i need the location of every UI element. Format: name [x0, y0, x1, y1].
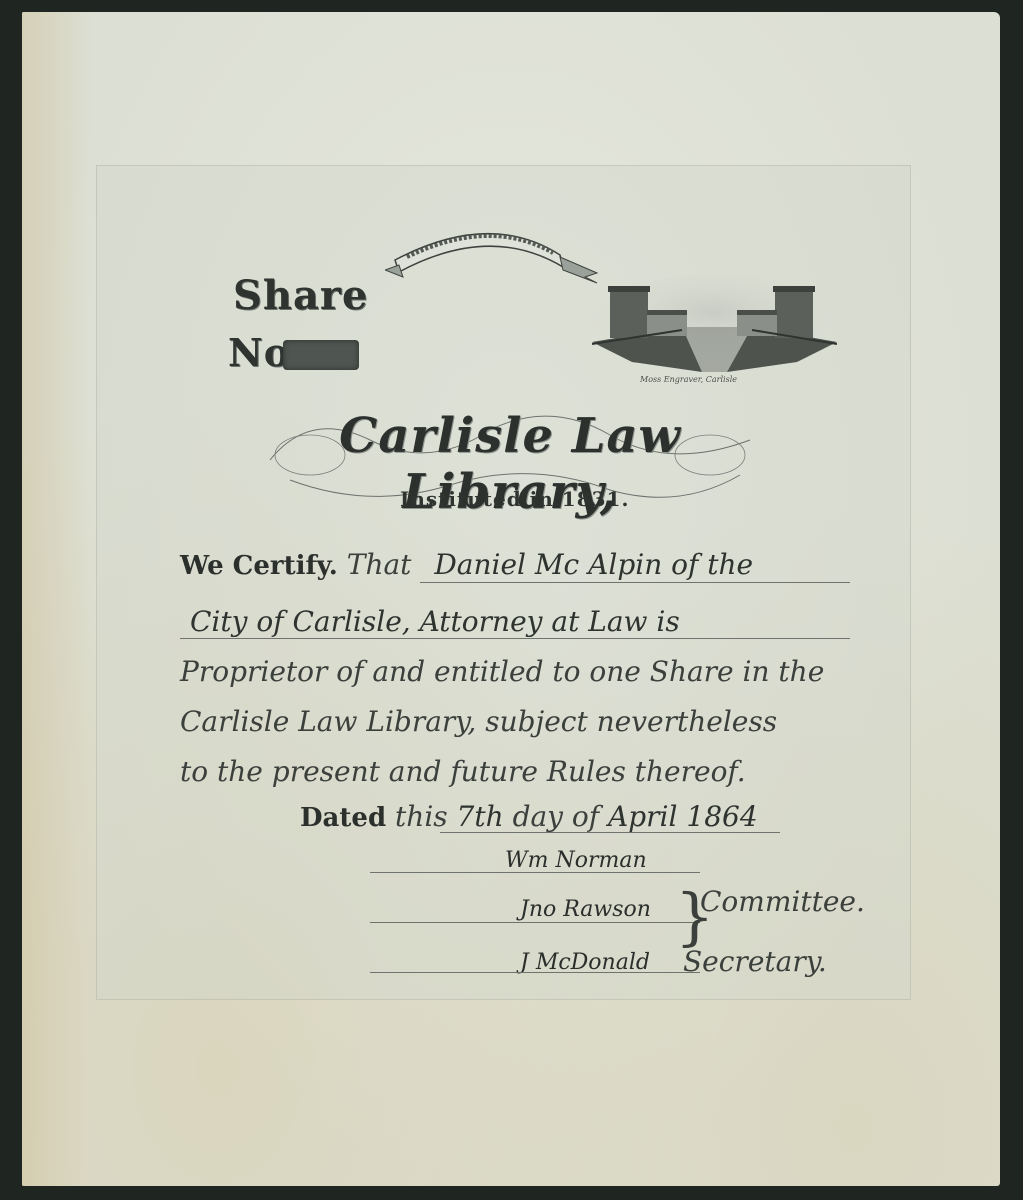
committee-label: Committee. [700, 885, 865, 918]
ribbon-banner-icon [385, 215, 600, 285]
number-label: No [228, 330, 290, 375]
certificate-line-2: City of Carlisle, Attorney at Law is [190, 605, 680, 638]
fill-line [420, 582, 850, 583]
secretary-label: Secretary. [683, 945, 827, 978]
handwritten-name: Daniel Mc Alpin of the [434, 548, 753, 581]
certificate-line-4: Carlisle Law Library, subject neverthele… [180, 705, 777, 738]
certificate-line-5: to the present and future Rules thereof. [180, 755, 746, 788]
number-label-text: No [228, 330, 290, 375]
engraving-illustration [592, 272, 837, 372]
signature-2: Jno Rawson [520, 897, 651, 922]
dated-line: Dated this 7th day of April 1864 [300, 800, 758, 833]
fill-line [180, 638, 850, 639]
engraver-credit: Moss Engraver, Carlisle [640, 375, 737, 384]
signature-line-2 [370, 922, 700, 923]
handwritten-day: 7th [457, 800, 504, 833]
printed-this: this [395, 800, 448, 833]
signature-line-1 [370, 872, 700, 873]
handwritten-month: April [608, 800, 677, 833]
we-certify-label: We Certify. [180, 551, 338, 581]
certificate-line-3: Proprietor of and entitled to one Share … [180, 655, 824, 688]
handwritten-year: 1864 [686, 800, 757, 833]
signature-line-3 [370, 972, 700, 973]
handwritten-residence: City of Carlisle, Attorney at Law is [190, 605, 680, 638]
certificate-line-1: We Certify. That Daniel Mc Alpin of the [180, 548, 753, 581]
signature-1: Wm Norman [505, 848, 647, 873]
printed-day-of: day of [513, 800, 600, 833]
share-number-box [283, 340, 359, 370]
share-label: Share [233, 272, 368, 319]
date-fill-line [440, 832, 780, 833]
subtitle-instituted: Instituted in 1831. [400, 487, 629, 511]
printed-that: That [347, 548, 412, 581]
dated-label: Dated [300, 803, 386, 833]
